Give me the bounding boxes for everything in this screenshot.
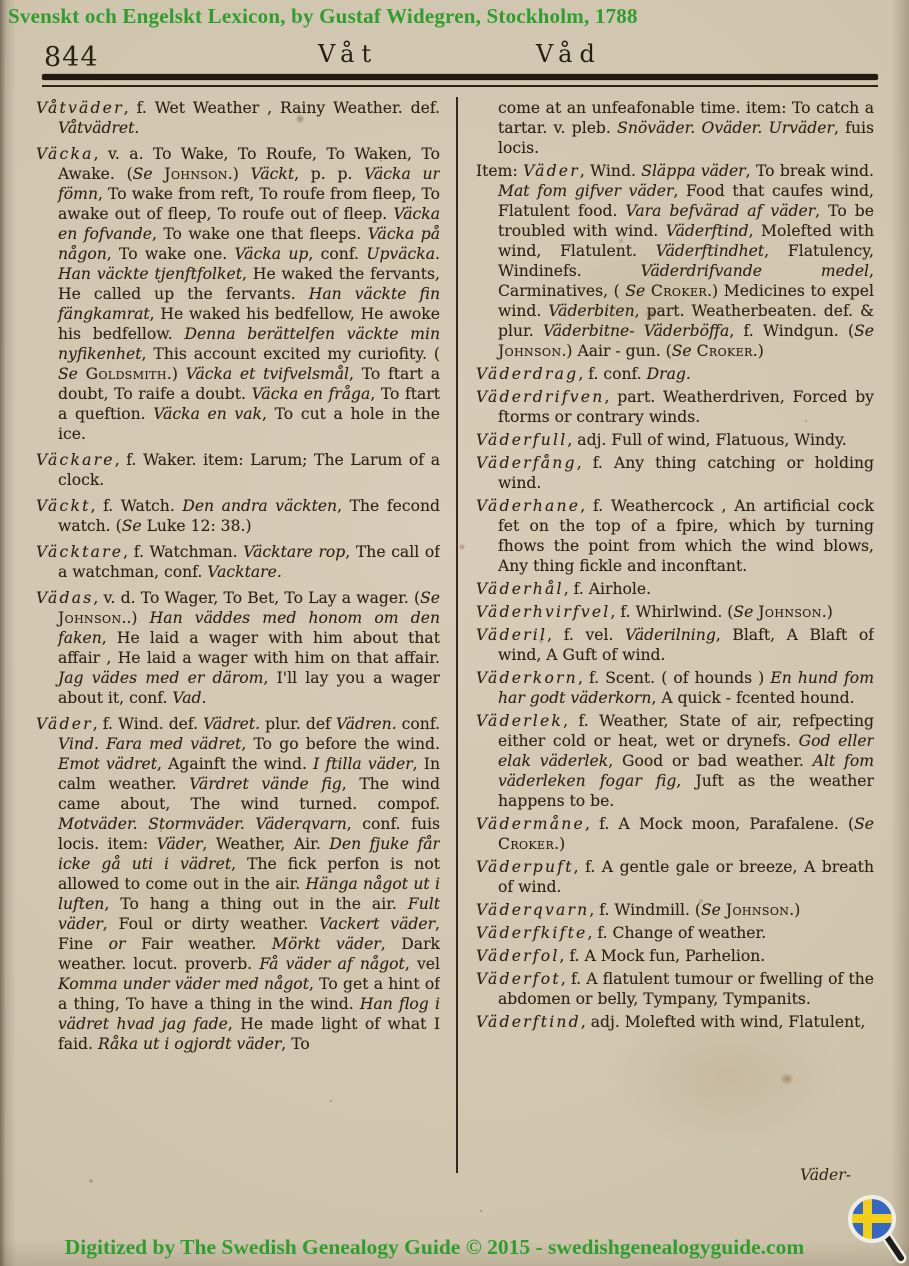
text-run: , adj. Full of wind, Flatuous, Windy. [567,431,846,449]
dictionary-entry: Vädermåne, f. A Mock moon, Parafalene. (… [476,814,874,854]
dictionary-entry: Väderhål, f. Airhole. [476,579,874,599]
text-run: Väderftindhet [656,242,764,260]
text-run: , To break wind. [746,162,874,180]
text-run: , f. Wet Weather , Rainy Weather. def. [124,99,440,117]
entry-headword: Väderkorn [476,669,578,687]
header-rule-thin [42,85,878,87]
entry-headword: Vädermåne [476,815,585,833]
dictionary-entry: Väderhvirfvel, f. Whirlwind. (Se Johnson… [476,602,874,622]
text-run: Den andra väckten [182,497,337,515]
scan-source-title: Svenskt och Engelskt Lexicon, by Gustaf … [8,4,638,29]
text-run: Vara befvärad af väder [626,202,816,220]
text-run: Se [625,282,651,300]
text-run: Motväder. Stormväder. Väderqvarn [58,815,347,833]
text-run: , vel [405,955,440,973]
text-run: , He laid a wager with him about that af… [58,629,440,667]
column-divider-rule [456,97,458,1173]
entry-headword: Väderdrifven [476,388,604,406]
entry-headword: Väderftind [476,1013,581,1031]
text-run: Se [122,517,142,535]
text-run: , To wake from reft, To roufe from fleep… [58,185,440,223]
header-rule-thick [42,74,878,80]
entry-headword: Våtväder [36,99,124,117]
text-run: Väcktare rop [243,543,345,561]
text-run: Jag vädes med er därom [58,669,263,687]
text-run: , To [281,1035,310,1053]
dictionary-entry: Väder, f. Wind. def. Vädret. plur. def V… [36,714,440,1054]
entry-headword: Väderfull [476,431,567,449]
text-run: .) [753,342,764,360]
text-run: , f. vel. [547,626,625,644]
entry-headword: Väderhvirfvel [476,603,610,621]
text-run: Goldsmith [86,365,167,383]
text-run: , Againft the wind. [157,755,313,773]
swedish-flag-magnifier-icon [845,1194,907,1264]
text-run: Väder [157,835,203,853]
text-run: Snöväder. Oväder. Urväder [617,119,834,137]
dictionary-entry: Väderfång, f. Any thing catching or hold… [476,453,874,493]
page-number: 844 [44,42,99,73]
entry-headword: Vädas [36,589,93,607]
text-run: , This account excited my curiofity. ( [142,345,440,363]
text-run: , f. Scent. ( of hounds ) [578,669,770,687]
text-run: , conf. [308,245,366,263]
dictionary-entry: Väderlek, f. Weather, State of air, refp… [476,711,874,811]
text-run: , f. A Mock moon, Parafalene. ( [585,815,854,833]
entry-headword: Väckare [36,451,115,469]
text-run: or [109,935,126,953]
text-run: Väckt [251,165,295,183]
entry-headword: Väder [36,715,93,733]
text-run: Croker [697,342,753,360]
text-run: Mörkt väder [272,935,381,953]
dictionary-entry: Väderdrag, f. conf. Drag. [476,364,874,384]
dictionary-entry: come at an unfeafonable time. item: To c… [476,98,874,158]
text-run: , f. Watchman. [123,543,243,561]
text-run: Se [701,901,726,919]
dictionary-entry: Vädas, v. d. To Wager, To Bet, To Lay a … [36,588,440,708]
text-run: , f. Wind. def. [93,715,203,733]
text-run: Väderbitne- Väderböffa [543,322,729,340]
entry-headword: Väderfång [476,454,577,472]
entry-headword: Väcka [36,145,94,163]
text-run: Vädret. [203,715,260,733]
text-run: , f. A Mock fun, Parhelion. [560,947,766,965]
dictionary-entry: Väderpuft, f. A gentle gale or breeze, A… [476,857,874,897]
dictionary-entry: Väderqvarn, f. Windmill. (Se Johnson.) [476,900,874,920]
text-run: , To wake one. [107,245,235,263]
left-text-column: Våtväder, f. Wet Weather , Rainy Weather… [36,98,440,1178]
text-run: , f. Windgun. ( [729,322,854,340]
text-run: .) Aair - gun. ( [561,342,671,360]
entry-headword: Väderlek [476,712,563,730]
text-run: , f. Change of weather. [587,924,766,942]
text-run: Johnson [758,603,821,621]
text-run: Vad. [172,689,206,707]
text-run: , To hang a thing out in the air. [104,895,408,913]
dictionary-entry: Väderil, f. vel. Väderilning, Blaft, A B… [476,625,874,665]
text-run: Våtvädret. [58,119,139,137]
text-run: , adj. Molefted with wind, Flatulent, [581,1013,866,1031]
text-run: , A quick - fcented hound. [651,689,854,707]
text-run: .) [228,165,251,183]
running-head-right: Våd [536,40,602,68]
text-run: ..) [121,609,149,627]
text-run: Se [133,165,165,183]
text-run: Croker [498,835,554,853]
text-run: Vädren. [336,715,397,733]
entry-headword: Väderfot [476,970,561,988]
text-run: Emot vädret [58,755,157,773]
entry-headword: Väderqvarn [476,901,589,919]
text-run: Mat fom gifver väder [498,182,673,200]
dictionary-entry: Väderfkifte, f. Change of weather. [476,923,874,943]
text-run: , f. Airhole. [564,580,651,598]
dictionary-entry: Väcka, v. a. To Wake, To Roufe, To Waken… [36,144,440,444]
text-run: , f. Watch. [91,497,183,515]
entry-headword: Väderdrag [476,365,578,383]
text-run: Väderbiten [548,302,634,320]
dictionary-entry: Väderkorn, f. Scent. ( of hounds ) En hu… [476,668,874,708]
text-run: Vind. Fara med vädret [58,735,241,753]
entry-headword: Väder [523,162,580,180]
text-run: Se [854,322,874,340]
text-run: , To wake one that fleeps. [152,225,368,243]
dictionary-entry: Väderfull, adj. Full of wind, Flatuous, … [476,430,874,450]
entry-headword: Väderfkifte [476,924,587,942]
text-run: Få väder af något [259,955,404,973]
text-run: Se [854,815,874,833]
dictionary-entry: Väckt, f. Watch. Den andra väckten, The … [36,496,440,536]
text-run: , f. conf. [578,365,646,383]
dictionary-entry: Väcktare, f. Watchman. Väcktare rop, The… [36,542,440,582]
entry-headword: Väderhane [476,497,580,515]
dictionary-entry: Väderfol, f. A Mock fun, Parhelion. [476,946,874,966]
text-run: Johnson [58,609,121,627]
text-run: Fair weather. [126,935,272,953]
text-run: Luke 12: 38.) [142,517,252,535]
dictionary-entry: Väderftind, adj. Molefted with wind, Fla… [476,1012,874,1032]
text-run: Vackert väder [319,915,435,933]
text-run: Väcka en fråga [252,385,371,403]
text-run: Croker [651,282,707,300]
text-run: I ftilla väder [313,755,413,773]
dictionary-entry: Item: Väder, Wind. Släppa väder, To brea… [476,161,874,361]
text-run: , f. Waker. item: Larum; The Larum of a … [58,451,440,489]
text-run: , Wind. [580,162,641,180]
text-run: , Weather, Air. [202,835,329,853]
text-run: .) [554,835,565,853]
text-run: Johnson [726,901,789,919]
text-run: , f. Windmill. ( [589,901,701,919]
text-run: .) [822,603,833,621]
text-run: Johnson [498,342,561,360]
running-head-left: Våt [318,40,378,68]
text-run: Johnson [164,165,227,183]
catchword: Väder- [800,1166,851,1184]
text-run: Väderdrifvande medel [641,262,869,280]
text-run: , Good or bad weather. [608,752,813,770]
text-run: Väcka et tvifvelsmål [186,365,349,383]
entry-headword: Väderfol [476,947,560,965]
text-run: , f. Whirlwind. ( [610,603,733,621]
text-run: , p. p. [294,165,364,183]
right-text-column: come at an unfeafonable time. item: To c… [476,98,874,1178]
dictionary-entry: Väderdrifven, part. Weatherdriven, Force… [476,387,874,427]
entry-headword: Väckt [36,497,91,515]
text-run: Vacktare. [207,563,282,581]
text-run: Väcka en vak [153,405,262,423]
text-run: Item: [476,162,523,180]
text-run: Väcka up [234,245,308,263]
text-run: Väderftind [666,222,749,240]
entry-headword: Väderpuft [476,858,574,876]
text-run: Släppa väder [641,162,745,180]
text-run: Råka ut i ogjordt väder [98,1035,281,1053]
text-run: , Foul or dirty weather. [103,915,319,933]
text-run: Väderilning [625,626,716,644]
text-run: .) [789,901,800,919]
dictionary-entry: Väderhane, f. Weathercock , An artificia… [476,496,874,576]
dictionary-entry: Våtväder, f. Wet Weather , Rainy Weather… [36,98,440,138]
entry-headword: Väderil [476,626,547,644]
text-run: Se [58,365,86,383]
text-run: .) [167,365,186,383]
text-run: , To go before the wind. [241,735,440,753]
text-run: conf. [397,715,440,733]
entry-headword: Väderhål [476,580,564,598]
text-run: Komma under väder med något [58,975,309,993]
text-run: plur. def [260,715,336,733]
digitizer-credit: Digitized by The Swedish Genealogy Guide… [0,1235,869,1260]
text-run: Se [420,589,440,607]
dictionary-entry: Väckare, f. Waker. item: Larum; The Laru… [36,450,440,490]
text-run: Värdret vände fig [189,775,342,793]
text-run: Se [672,342,697,360]
dictionary-entry: Väderfot, f. A flatulent tumour or fwell… [476,969,874,1009]
paper-specks [0,0,2,2]
entry-headword: Väcktare [36,543,123,561]
text-run: Drag. [647,365,691,383]
text-run: Se [733,603,758,621]
text-run: , v. d. To Wager, To Bet, To Lay a wager… [93,589,420,607]
